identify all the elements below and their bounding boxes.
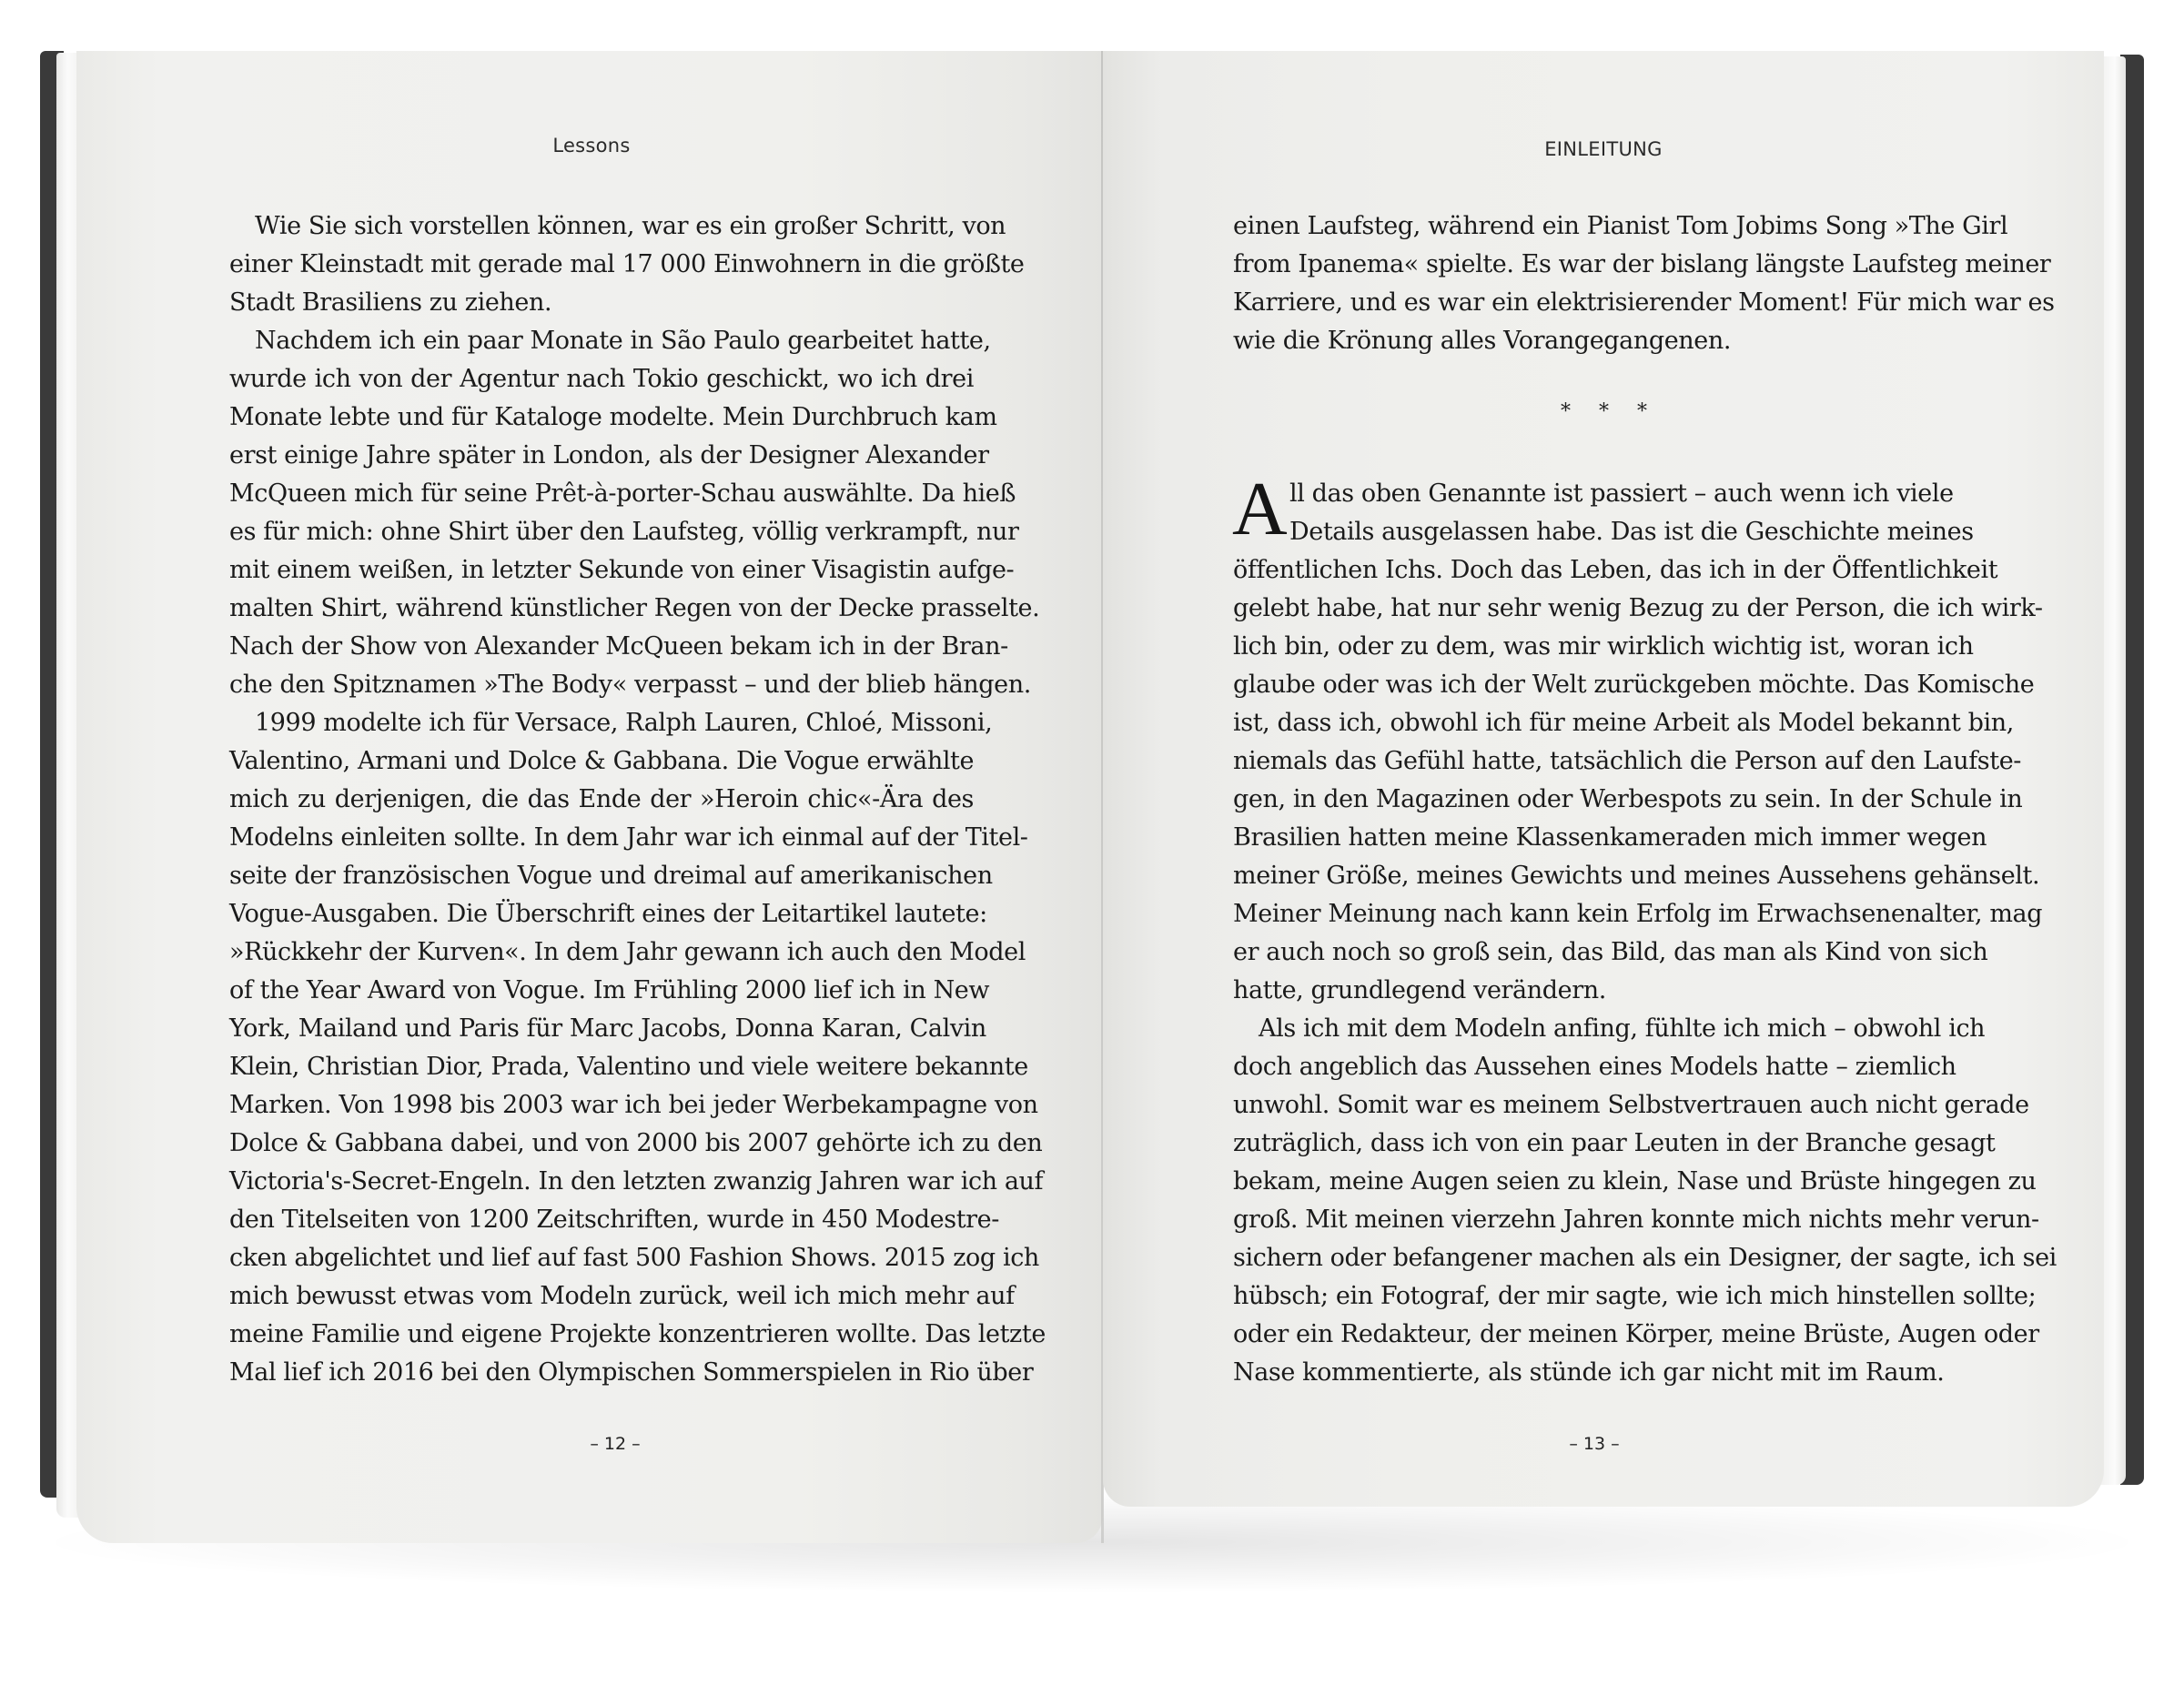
text-line: Details ausgelassen habe. Das ist die Ge… (1289, 517, 1950, 548)
text-line: Vogue-Ausgaben. Die Überschrift eines de… (229, 899, 974, 930)
text-line: er auch noch so groß sein, das Bild, das… (1233, 937, 1950, 968)
text-line: Nach der Show von Alexander McQueen beka… (229, 631, 974, 662)
text-line: hübsch; ein Fotograf, der mir sagte, wie… (1233, 1281, 1950, 1312)
text-line: mit einem weißen, in letzter Sekunde von… (229, 555, 974, 586)
text-line: glaube oder was ich der Welt zurückgeben… (1233, 670, 1950, 701)
text-line: Nase kommentierte, als stünde ich gar ni… (1233, 1357, 1950, 1388)
text-line: Victoria's-Secret-Engeln. In den letzten… (229, 1166, 974, 1197)
text-line: of the Year Award von Vogue. Im Frühling… (229, 975, 974, 1006)
right-page: EINLEITUNG einen Laufsteg, während ein P… (1103, 51, 2104, 1507)
running-head-left: Lessons (409, 135, 773, 156)
text-line: sichern oder befangener machen als ein D… (1233, 1243, 1950, 1274)
text-line: Valentino, Armani und Dolce & Gabbana. D… (229, 746, 974, 777)
text-line: 1999 modelte ich für Versace, Ralph Laur… (229, 708, 974, 739)
text-line: es für mich: ohne Shirt über den Laufste… (229, 517, 974, 548)
text-line: erst einige Jahre später in London, als … (229, 440, 974, 471)
text-line: niemals das Gefühl hatte, tatsächlich di… (1233, 746, 1950, 777)
text-line: ll das oben Genannte ist passiert – auch… (1289, 479, 1950, 510)
text-line: York, Mailand und Paris für Marc Jacobs,… (229, 1014, 974, 1044)
text-line: gen, in den Magazinen oder Werbespots zu… (1233, 784, 1950, 815)
text-line: bekam, meine Augen seien zu klein, Nase … (1233, 1166, 1950, 1197)
text-line: einer Kleinstadt mit gerade mal 17 000 E… (229, 249, 974, 280)
text-line: den Titelseiten von 1200 Zeitschriften, … (229, 1205, 974, 1236)
text-line: lich bin, oder zu dem, was mir wirklich … (1233, 631, 1950, 662)
text-line: Marken. Von 1998 bis 2003 war ich bei je… (229, 1090, 974, 1121)
text-line: oder ein Redakteur, der meinen Körper, m… (1233, 1319, 1950, 1350)
text-line: from Ipanema« spielte. Es war der bislan… (1233, 249, 1950, 280)
text-line: wie die Krönung alles Vorangegangenen. (1233, 326, 1950, 357)
text-line: McQueen mich für seine Prêt-à-porter-Sch… (229, 479, 974, 510)
page-number-left: – 12 – (524, 1434, 706, 1454)
text-line: meiner Größe, meines Gewichts und meines… (1233, 861, 1950, 892)
text-line: Stadt Brasiliens zu ziehen. (229, 288, 974, 318)
text-line: hatte, grundlegend verändern. (1233, 975, 1950, 1006)
text-line: cken abgelichtet und lief auf fast 500 F… (229, 1243, 974, 1274)
section-break: * * * (1561, 400, 1658, 423)
text-line: meine Familie und eigene Projekte konzen… (229, 1319, 974, 1350)
drop-cap: A (1232, 471, 1288, 548)
text-line: gelebt habe, hat nur sehr wenig Bezug zu… (1233, 593, 1950, 624)
text-line: wurde ich von der Agentur nach Tokio ges… (229, 364, 974, 395)
text-line: seite der französischen Vogue und dreima… (229, 861, 974, 892)
text-line: Modelns einleiten sollte. In dem Jahr wa… (229, 822, 974, 853)
text-line: Monate lebte und für Kataloge modelte. M… (229, 402, 974, 433)
text-line: Wie Sie sich vorstellen können, war es e… (229, 211, 974, 242)
text-line: Klein, Christian Dior, Prada, Valentino … (229, 1052, 974, 1083)
text-line: malten Shirt, während künstlicher Regen … (229, 593, 974, 624)
text-line: »Rückkehr der Kurven«. In dem Jahr gewan… (229, 937, 974, 968)
text-line: che den Spitznamen »The Body« verpasst –… (229, 670, 974, 701)
text-line: Nachdem ich ein paar Monate in São Paulo… (229, 326, 974, 357)
text-line: Mal lief ich 2016 bei den Olympischen So… (229, 1357, 974, 1388)
text-line: ist, dass ich, obwohl ich für meine Arbe… (1233, 708, 1950, 739)
text-line: doch angeblich das Aussehen eines Models… (1233, 1052, 1950, 1083)
text-line: Brasilien hatten meine Klassenkameraden … (1233, 822, 1950, 853)
text-line: unwohl. Somit war es meinem Selbstvertra… (1233, 1090, 1950, 1121)
text-line: mich bewusst etwas vom Modeln zurück, we… (229, 1281, 974, 1312)
text-line: Meiner Meinung nach kann kein Erfolg im … (1233, 899, 1950, 930)
page-number-right: – 13 – (1503, 1434, 1685, 1454)
left-page: Lessons Wie Sie sich vorstellen können, … (76, 51, 1103, 1543)
running-head-right: EINLEITUNG (1421, 138, 1785, 160)
text-line: Karriere, und es war ein elektrisierende… (1233, 288, 1950, 318)
text-line: mich zu derjenigen, die das Ende der »He… (229, 784, 974, 815)
text-line: zuträglich, dass ich von ein paar Leuten… (1233, 1128, 1950, 1159)
text-line: Als ich mit dem Modeln anfing, fühlte ic… (1233, 1014, 1950, 1044)
text-line: groß. Mit meinen vierzehn Jahren konnte … (1233, 1205, 1950, 1236)
text-line: Dolce & Gabbana dabei, und von 2000 bis … (229, 1128, 974, 1159)
text-line: einen Laufsteg, während ein Pianist Tom … (1233, 211, 1950, 242)
text-line: öffentlichen Ichs. Doch das Leben, das i… (1233, 555, 1950, 586)
